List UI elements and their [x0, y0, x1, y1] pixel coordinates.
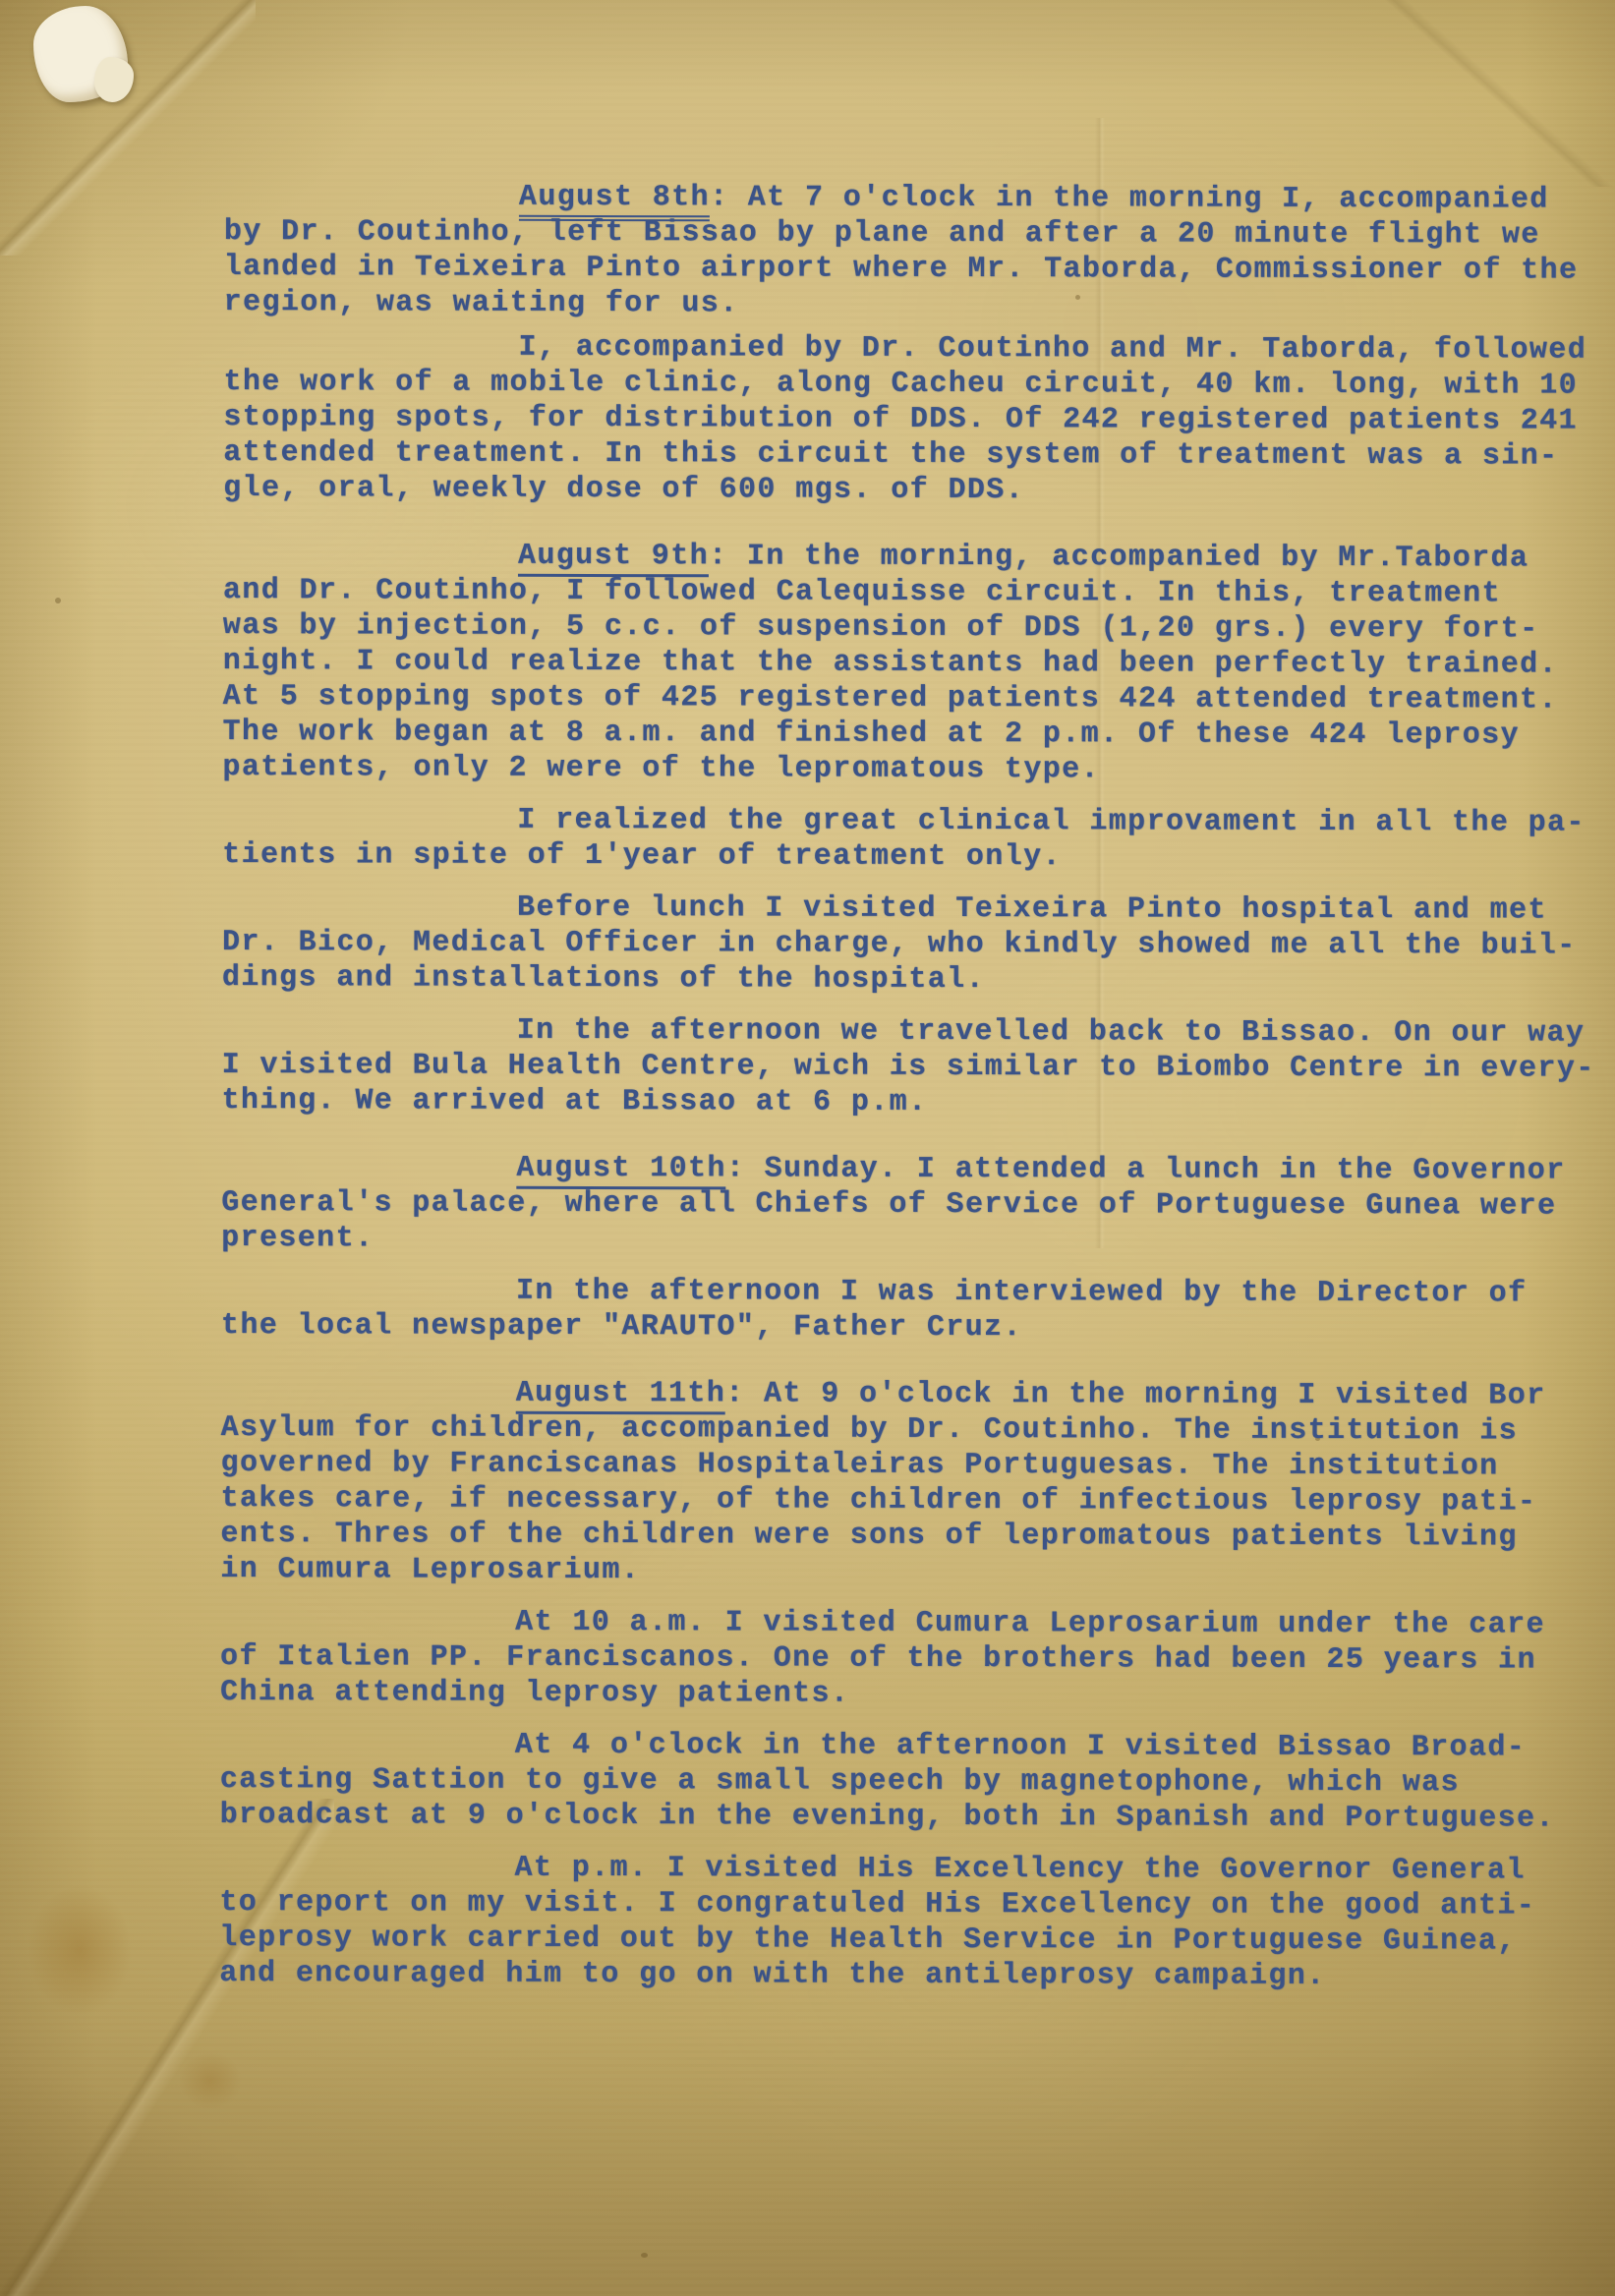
entry-mobile-clinic: I, accompanied by Dr. Coutinho and Mr. T…	[223, 329, 1585, 510]
text-line: In the afternoon I was interviewed by th…	[221, 1273, 1583, 1312]
text-line: tients in spite of 1'year of treatment o…	[222, 837, 1584, 877]
text-line: the work of a mobile clinic, along Cache…	[223, 365, 1585, 404]
stain-bottom-left-large	[28, 1885, 132, 2015]
entry-august-11: August 11th: At 9 o'clock in the morning…	[220, 1375, 1583, 1591]
text-line: Dr. Bico, Medical Officer in charge, who…	[222, 925, 1584, 964]
entry-cumura-leprosarium: At 10 a.m. I visited Cumura Leprosarium …	[220, 1604, 1582, 1714]
text-line: Before lunch I visited Teixeira Pinto ho…	[222, 890, 1584, 929]
text-line: and encouraged him to go on with the ant…	[219, 1956, 1581, 1995]
entry-hospital-visit: Before lunch I visited Teixeira Pinto ho…	[222, 890, 1584, 1000]
text-line: August 11th: At 9 o'clock in the morning…	[221, 1375, 1583, 1414]
text-line: August 10th: Sunday. I attended a lunch …	[221, 1150, 1583, 1189]
entry-clinical-improvement: I realized the great clinical improvamen…	[222, 802, 1584, 877]
text-line: At 4 o'clock in the afternoon I visited …	[220, 1727, 1582, 1766]
date-heading: August 10th	[516, 1152, 726, 1190]
text-line: gle, oral, weekly dose of 600 mgs. of DD…	[223, 471, 1585, 510]
stain-bottom-left-small	[179, 2052, 242, 2109]
text-line: of Italien PP. Franciscanos. One of the …	[220, 1639, 1582, 1679]
text-line: present.	[221, 1221, 1583, 1260]
entry-august-10: August 10th: Sunday. I attended a lunch …	[221, 1150, 1583, 1260]
entry-interview: In the afternoon I was interviewed by th…	[221, 1273, 1583, 1348]
text-line: landed in Teixeira Pinto airport where M…	[224, 250, 1586, 289]
entry-august-8: August 8th: At 7 o'clock in the morning …	[224, 179, 1586, 324]
entry-governor-general: At p.m. I visited His Excellency the Gov…	[219, 1850, 1581, 1995]
text-line: I realized the great clinical improvamen…	[222, 802, 1584, 841]
text-line: China attending leprosy patients.	[220, 1675, 1582, 1714]
entry-return-bissao: In the afternoon we travelled back to Bi…	[221, 1012, 1583, 1122]
text-line: ents. Thres of the children were sons of…	[220, 1517, 1582, 1556]
text-line: patients, only 2 were of the lepromatous…	[222, 750, 1584, 789]
text-line: At 5 stopping spots of 425 registered pa…	[223, 679, 1585, 718]
text-line: stopping spots, for distribution of DDS.…	[223, 400, 1585, 439]
scanned-report-page: { "colors": { "ink": "#3b5387", "paper":…	[0, 0, 1615, 2296]
text-line: casting Sattion to give a small speech b…	[220, 1762, 1582, 1802]
text-line: takes care, if necessary, of the childre…	[220, 1481, 1582, 1521]
text-line: The work began at 8 a.m. and finished at…	[222, 715, 1584, 754]
date-heading: August 9th	[518, 540, 709, 578]
ink-speck	[641, 2253, 648, 2258]
text-line: to report on my visit. I congratuled His…	[219, 1885, 1581, 1924]
text-line: attended treatment. In this circuit the …	[223, 435, 1585, 475]
text-line: region, was waiting for us.	[224, 285, 1586, 324]
text-line: I visited Bula Health Centre, wich is si…	[222, 1048, 1584, 1087]
text-line: the local newspaper "ARAUTO", Father Cru…	[221, 1308, 1583, 1348]
text-line: August 9th: In the morning, accompanied …	[223, 538, 1585, 577]
text-line: thing. We arrived at Bissao at 6 p.m.	[221, 1083, 1583, 1122]
entry-august-9: August 9th: In the morning, accompanied …	[222, 538, 1585, 789]
ink-speck	[55, 598, 61, 603]
text-line: General's palace, where all Chiefs of Se…	[221, 1185, 1583, 1225]
text-line: by Dr. Coutinho, left Bissao by plane an…	[224, 214, 1586, 254]
text-line: In the afternoon we travelled back to Bi…	[222, 1012, 1584, 1052]
text-line: in Cumura Leprosarium.	[220, 1552, 1582, 1591]
text-line: dings and installations of the hospital.	[222, 960, 1584, 1000]
entry-broadcasting: At 4 o'clock in the afternoon I visited …	[220, 1727, 1582, 1837]
text-line: August 8th: At 7 o'clock in the morning …	[224, 179, 1586, 218]
text-line: broadcast at 9 o'clock in the evening, b…	[220, 1798, 1582, 1837]
text-line: and Dr. Coutinho, I followed Calequisse …	[223, 573, 1585, 612]
date-heading: August 11th	[516, 1377, 726, 1415]
text-line: was by injection, 5 c.c. of suspension o…	[223, 608, 1585, 648]
text-line: At p.m. I visited His Excellency the Gov…	[219, 1850, 1581, 1889]
text-line: leprosy work carried out by the Health S…	[219, 1921, 1581, 1960]
typewritten-text-block: August 8th: At 7 o'clock in the morning …	[219, 179, 1586, 1995]
text-line: At 10 a.m. I visited Cumura Leprosarium …	[220, 1604, 1582, 1643]
text-line: night. I could realize that the assistan…	[223, 644, 1585, 683]
text-line: governed by Franciscanas Hospitaleiras P…	[221, 1446, 1583, 1485]
text-line: Asylum for children, accompanied by Dr. …	[221, 1410, 1583, 1450]
text-line: I, accompanied by Dr. Coutinho and Mr. T…	[224, 329, 1586, 369]
